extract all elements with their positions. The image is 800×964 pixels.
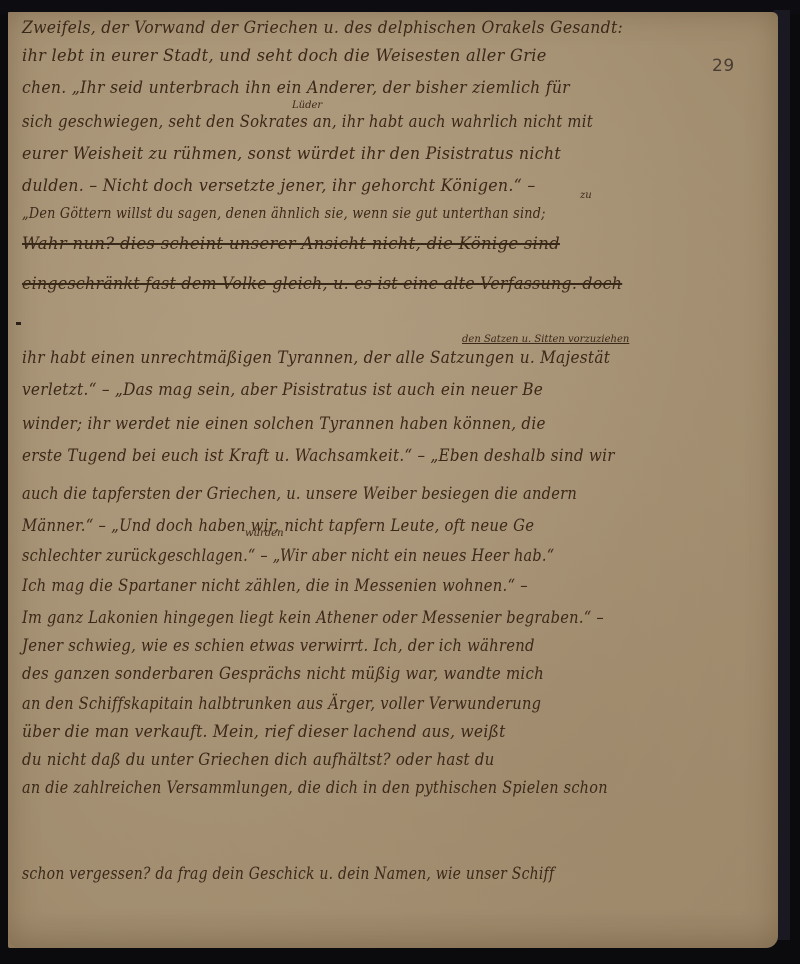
text-line: über die man verkauft. Mein, rief dieser… [22,722,506,742]
text-line: dulden. – Nicht doch versetzte jener, ih… [22,176,536,196]
text-line: an die zahlreichen Versammlungen, die di… [22,778,608,798]
text-line: Ich mag die Spartaner nicht zählen, die … [22,576,528,596]
interlinear-insertion: zu [580,190,592,202]
margin-mark [16,322,21,325]
text-line: des ganzen sonderbaren Gesprächs nicht m… [22,664,544,684]
text-line: an den Schiffskapitain halbtrunken aus Ä… [22,694,541,714]
text-line: sich geschwiegen, seht den Sokrates an, … [22,112,593,132]
text-line: eurer Weisheit zu rühmen, sonst würdet i… [22,144,561,164]
text-line: auch die tapfersten der Griechen, u. uns… [22,484,577,504]
text-line: winder; ihr werdet nie einen solchen Tyr… [22,414,546,434]
interlinear-insertion: den Satzen u. Sitten vorzuziehen [462,334,629,346]
text-line: verletzt.“ – „Das mag sein, aber Pisistr… [22,380,543,400]
text-line: erste Tugend bei euch ist Kraft u. Wachs… [22,446,615,466]
text-line: Zweifels, der Vorwand der Griechen u. de… [22,18,623,38]
struck-text-line: eingeschränkt fast dem Volke gleich, u. … [22,274,622,294]
text-line: ihr habt einen unrechtmäßigen Tyrannen, … [22,348,610,368]
text-line: schlechter zurückgeschlagen.“ – „Wir abe… [22,546,554,566]
text-line: chen. „Ihr seid unterbrach ihn ein Ander… [22,78,570,98]
struck-text-line: Wahr nun? dies scheint unserer Ansicht n… [22,234,560,254]
text-line: schon vergessen? da frag dein Geschick u… [22,864,554,884]
text-line: du nicht daß du unter Griechen dich aufh… [22,750,495,770]
interlinear-insertion: würden [245,528,284,540]
text-line: Im ganz Lakonien hingegen liegt kein Ath… [22,608,604,628]
text-line: „Den Göttern willst du sagen, denen ähnl… [22,203,546,223]
text-line: Jener schwieg, wie es schien etwas verwi… [22,636,535,656]
page-number: 29 [712,56,735,76]
text-line: ihr lebt in eurer Stadt, und seht doch d… [22,46,547,66]
interlinear-insertion: Lüder [292,100,322,112]
